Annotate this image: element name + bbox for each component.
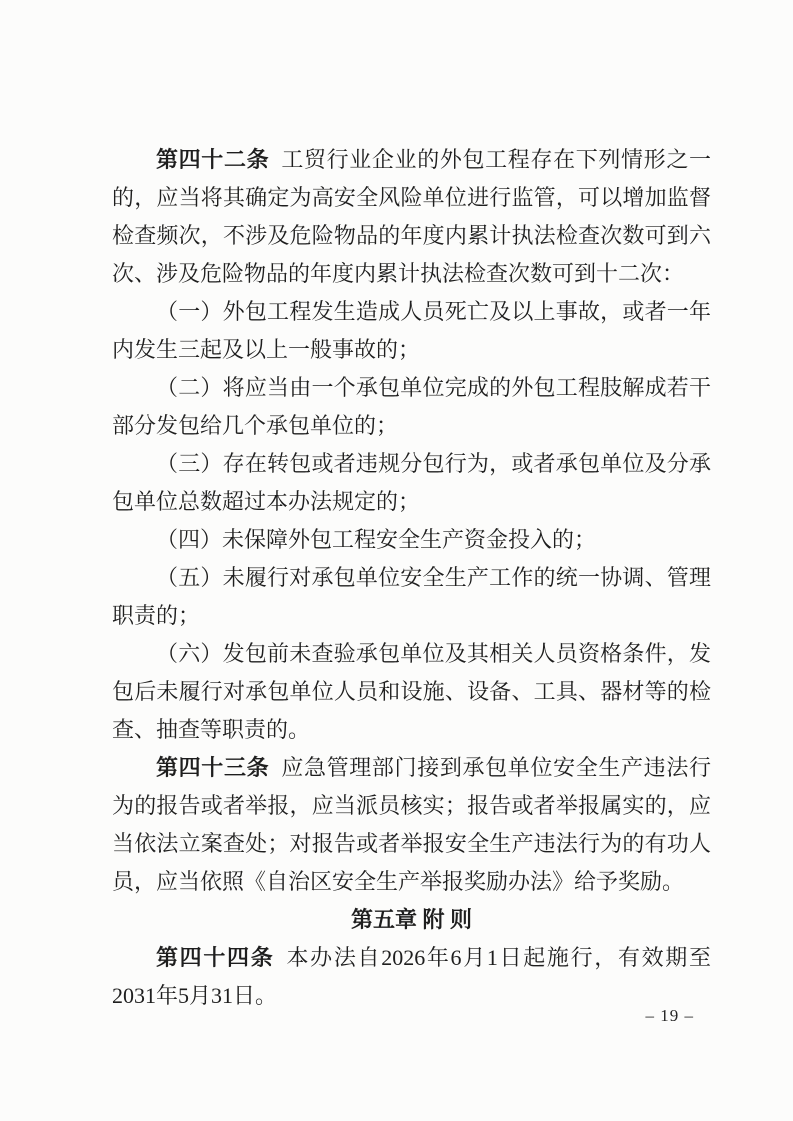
document-page: 第四十二条工贸行业企业的外包工程存在下列情形之一的，应当将其确定为高安全风险单位…	[0, 0, 793, 1121]
article-44-number: 第四十四条	[156, 945, 274, 970]
page-number: – 19 –	[646, 1004, 695, 1028]
article-42-paragraph: 第四十二条工贸行业企业的外包工程存在下列情形之一的，应当将其确定为高安全风险单位…	[112, 141, 711, 293]
article-42-number: 第四十二条	[156, 147, 269, 172]
article-43-paragraph: 第四十三条应急管理部门接到承包单位安全生产违法行为的报告或者举报，应当派员核实；…	[112, 749, 711, 901]
list-item-5: （五）未履行对承包单位安全生产工作的统一协调、管理职责的；	[112, 559, 711, 635]
article-44-paragraph: 第四十四条本办法自2026年6月1日起施行，有效期至2031年5月31日。	[112, 939, 711, 1015]
list-item-3: （三）存在转包或者违规分包行为，或者承包单位及分承包单位总数超过本办法规定的；	[112, 445, 711, 521]
list-item-6: （六）发包前未查验承包单位及其相关人员资格条件，发包后未履行对承包单位人员和设施…	[112, 635, 711, 749]
article-43-number: 第四十三条	[156, 755, 269, 780]
list-item-2: （二）将应当由一个承包单位完成的外包工程肢解成若干部分发包给几个承包单位的；	[112, 369, 711, 445]
list-item-4: （四）未保障外包工程安全生产资金投入的；	[112, 521, 711, 559]
list-item-1: （一）外包工程发生造成人员死亡及以上事故，或者一年内发生三起及以上一般事故的；	[112, 293, 711, 369]
chapter-5-heading: 第五章 附 则	[112, 901, 711, 939]
document-body: 第四十二条工贸行业企业的外包工程存在下列情形之一的，应当将其确定为高安全风险单位…	[112, 141, 711, 1015]
